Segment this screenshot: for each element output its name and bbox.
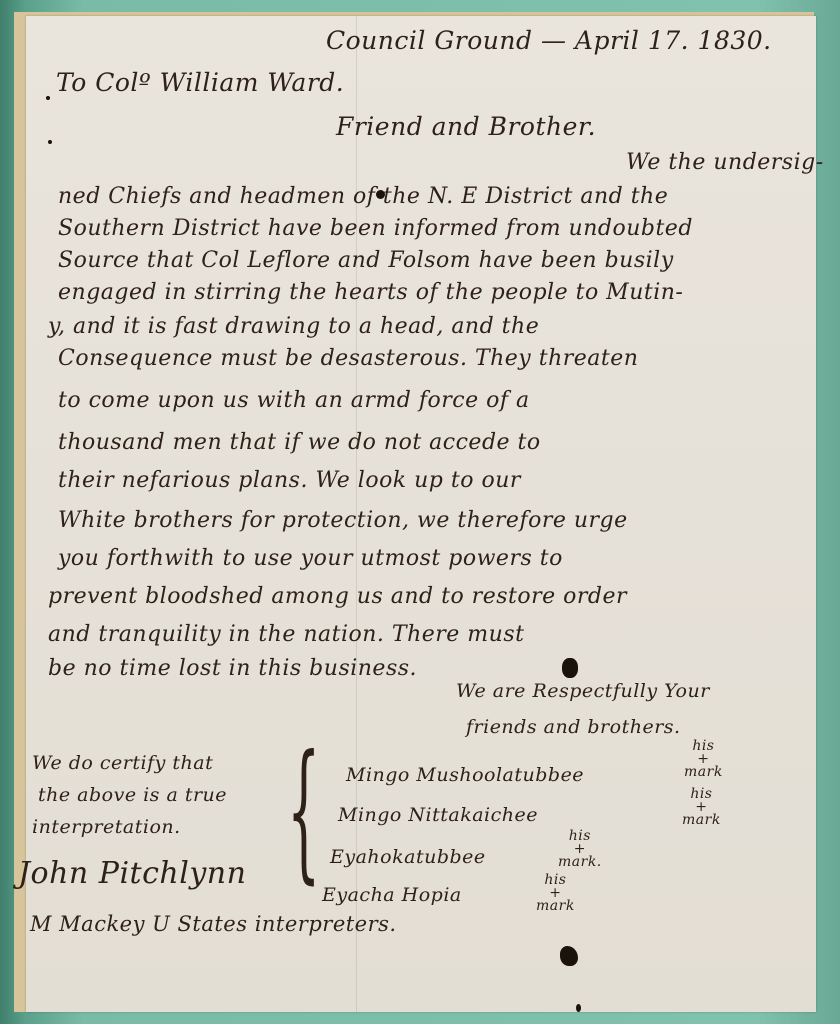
manuscript-letter: Council Ground — April 17. 1830. To Colº… <box>26 16 816 1012</box>
his-mark: his + mark <box>684 740 723 779</box>
ink-speck <box>46 96 50 100</box>
body-line: y, and it is fast drawing to a head, and… <box>48 314 539 339</box>
signatory-name: Eyacha Hopia <box>322 884 462 906</box>
ink-speck <box>576 1004 581 1012</box>
mark-label: mark. <box>558 856 602 869</box>
ink-blot <box>376 190 385 199</box>
letter-salutation: Friend and Brother. <box>336 112 596 141</box>
body-line: you forthwith to use your utmost powers … <box>58 546 563 571</box>
mark-label: mark <box>684 766 723 779</box>
interpreter-signature-pitchlynn: John Pitchlynn <box>18 856 246 891</box>
his-mark: his + mark <box>682 788 721 827</box>
body-line: to come upon us with an armd force of a <box>58 388 530 413</box>
body-line: be no time lost in this business. <box>48 656 417 681</box>
closing-line-2: friends and brothers. <box>466 716 681 738</box>
body-line: thousand men that if we do not accede to <box>58 430 541 455</box>
body-line: and tranquility in the nation. There mus… <box>48 622 524 647</box>
body-line: ned Chiefs and headmen of the N. E Distr… <box>58 184 668 209</box>
mark-label: mark <box>536 900 575 913</box>
signatory-name: Mingo Mushoolatubbee <box>346 764 584 786</box>
closing-line-1: We are Respectfully Your <box>456 680 710 702</box>
body-line: White brothers for protection, we theref… <box>58 508 628 533</box>
ink-speck <box>48 140 52 144</box>
ink-blot <box>560 946 578 966</box>
body-line: We the undersig- <box>626 150 824 175</box>
his-mark: his + mark. <box>558 830 602 869</box>
body-line: engaged in stirring the hearts of the pe… <box>58 280 683 305</box>
body-line: their nefarious plans. We look up to our <box>58 468 521 493</box>
interpreter-signature-mackey: M Mackey U States interpreters. <box>30 912 397 936</box>
body-line: prevent bloodshed among us and to restor… <box>48 584 627 609</box>
ink-blot <box>562 658 578 678</box>
certification-line: the above is a true <box>38 784 227 806</box>
mark-label: mark <box>682 814 721 827</box>
signatory-name: Mingo Nittakaichee <box>338 804 538 826</box>
signatory-name: Eyahokatubbee <box>330 846 486 868</box>
body-line: Southern District have been informed fro… <box>58 216 693 241</box>
bracket-glyph: { <box>287 736 320 886</box>
letter-heading-place-date: Council Ground — April 17. 1830. <box>326 26 772 55</box>
certification-line: We do certify that <box>32 752 213 774</box>
his-mark: his + mark <box>536 874 575 913</box>
letter-addressee: To Colº William Ward. <box>56 68 344 97</box>
body-line: Source that Col Leflore and Folsom have … <box>58 248 674 273</box>
body-line: Consequence must be desasterous. They th… <box>58 346 638 371</box>
certification-line: interpretation. <box>32 816 181 838</box>
